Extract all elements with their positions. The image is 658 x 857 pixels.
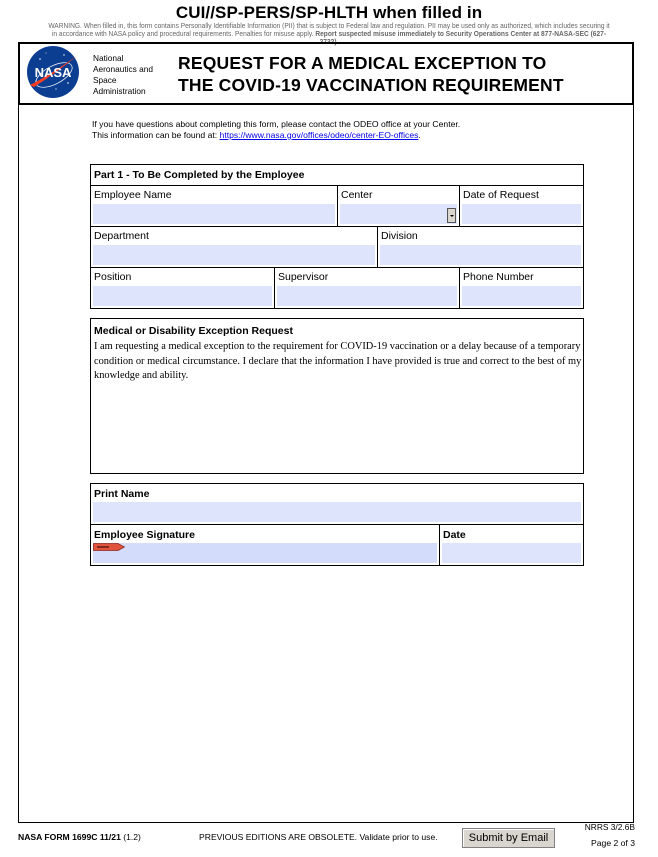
- intro-line: This information can be found at: https:…: [92, 130, 460, 141]
- form-title: REQUEST FOR A MEDICAL EXCEPTION TO THE C…: [178, 52, 564, 96]
- center-cell: Center: [337, 185, 460, 227]
- intro-suffix: .: [418, 130, 420, 140]
- phone-number-input[interactable]: [462, 286, 581, 306]
- agency-line: Administration: [93, 86, 153, 97]
- employee-name-input[interactable]: [93, 204, 335, 224]
- cui-banner-title: CUI//SP-PERS/SP-HLTH when filled in: [0, 3, 658, 23]
- print-name-input[interactable]: [93, 502, 581, 522]
- submit-by-email-button[interactable]: Submit by Email: [462, 828, 555, 848]
- employee-signature-label: Employee Signature: [94, 529, 195, 541]
- date-of-request-cell: Date of Request: [459, 185, 584, 227]
- department-label: Department: [94, 230, 149, 242]
- signature-date-input[interactable]: [442, 543, 581, 563]
- agency-line: Space: [93, 75, 153, 86]
- odeo-offices-link[interactable]: https://www.nasa.gov/offices/odeo/center…: [220, 130, 419, 140]
- position-cell: Position: [90, 267, 275, 309]
- employee-signature-cell: Employee Signature: [90, 524, 440, 566]
- form-title-line: THE COVID-19 VACCINATION REQUIREMENT: [178, 74, 564, 96]
- nrrs-code: NRRS 3/2.6B: [575, 822, 635, 832]
- part1-heading-row: Part 1 - To Be Completed by the Employee: [90, 164, 584, 186]
- employee-name-label: Employee Name: [94, 189, 172, 201]
- position-input[interactable]: [93, 286, 272, 306]
- agency-line: Aeronautics and: [93, 64, 153, 75]
- signature-date-cell: Date: [439, 524, 584, 566]
- form-id: NASA FORM 1699C 11/21: [18, 832, 121, 842]
- date-of-request-input[interactable]: [462, 204, 581, 224]
- supervisor-label: Supervisor: [278, 271, 328, 283]
- medical-exception-statement: I am requesting a medical exception to t…: [94, 340, 582, 384]
- form-number: NASA FORM 1699C 11/21 (1.2): [18, 832, 141, 842]
- supervisor-cell: Supervisor: [274, 267, 460, 309]
- agency-line: National: [93, 53, 153, 64]
- signature-date-label: Date: [443, 529, 466, 541]
- employee-signature-field[interactable]: [93, 543, 437, 563]
- intro-prefix: This information can be found at:: [92, 130, 220, 140]
- supervisor-input[interactable]: [277, 286, 457, 306]
- phone-number-cell: Phone Number: [459, 267, 584, 309]
- intro-instructions: If you have questions about completing t…: [92, 119, 460, 141]
- center-select[interactable]: [340, 204, 457, 224]
- chevron-down-icon[interactable]: [447, 208, 456, 223]
- nasa-logo-text: NASA: [35, 65, 72, 80]
- division-label: Division: [381, 230, 418, 242]
- phone-number-label: Phone Number: [463, 271, 534, 283]
- department-cell: Department: [90, 226, 378, 268]
- medical-exception-title: Medical or Disability Exception Request: [94, 325, 293, 337]
- sign-here-flag-icon[interactable]: [93, 543, 125, 551]
- intro-line: If you have questions about completing t…: [92, 119, 460, 130]
- form-title-line: REQUEST FOR A MEDICAL EXCEPTION TO: [178, 52, 564, 74]
- nasa-meatball-logo-icon: NASA: [26, 45, 80, 99]
- print-name-cell: Print Name: [90, 483, 584, 525]
- agency-name: National Aeronautics and Space Administr…: [93, 53, 153, 97]
- page-number: Page 2 of 3: [575, 838, 635, 848]
- position-label: Position: [94, 271, 131, 283]
- form-version: (1.2): [121, 832, 141, 842]
- part1-heading: Part 1 - To Be Completed by the Employee: [94, 169, 304, 181]
- center-label: Center: [341, 189, 373, 201]
- employee-name-cell: Employee Name: [90, 185, 338, 227]
- division-cell: Division: [377, 226, 584, 268]
- print-name-label: Print Name: [94, 488, 149, 500]
- medical-exception-section: Medical or Disability Exception Request …: [90, 318, 584, 474]
- department-input[interactable]: [93, 245, 375, 265]
- division-input[interactable]: [380, 245, 581, 265]
- obsolete-notice: PREVIOUS EDITIONS ARE OBSOLETE. Validate…: [199, 832, 438, 842]
- date-of-request-label: Date of Request: [463, 189, 539, 201]
